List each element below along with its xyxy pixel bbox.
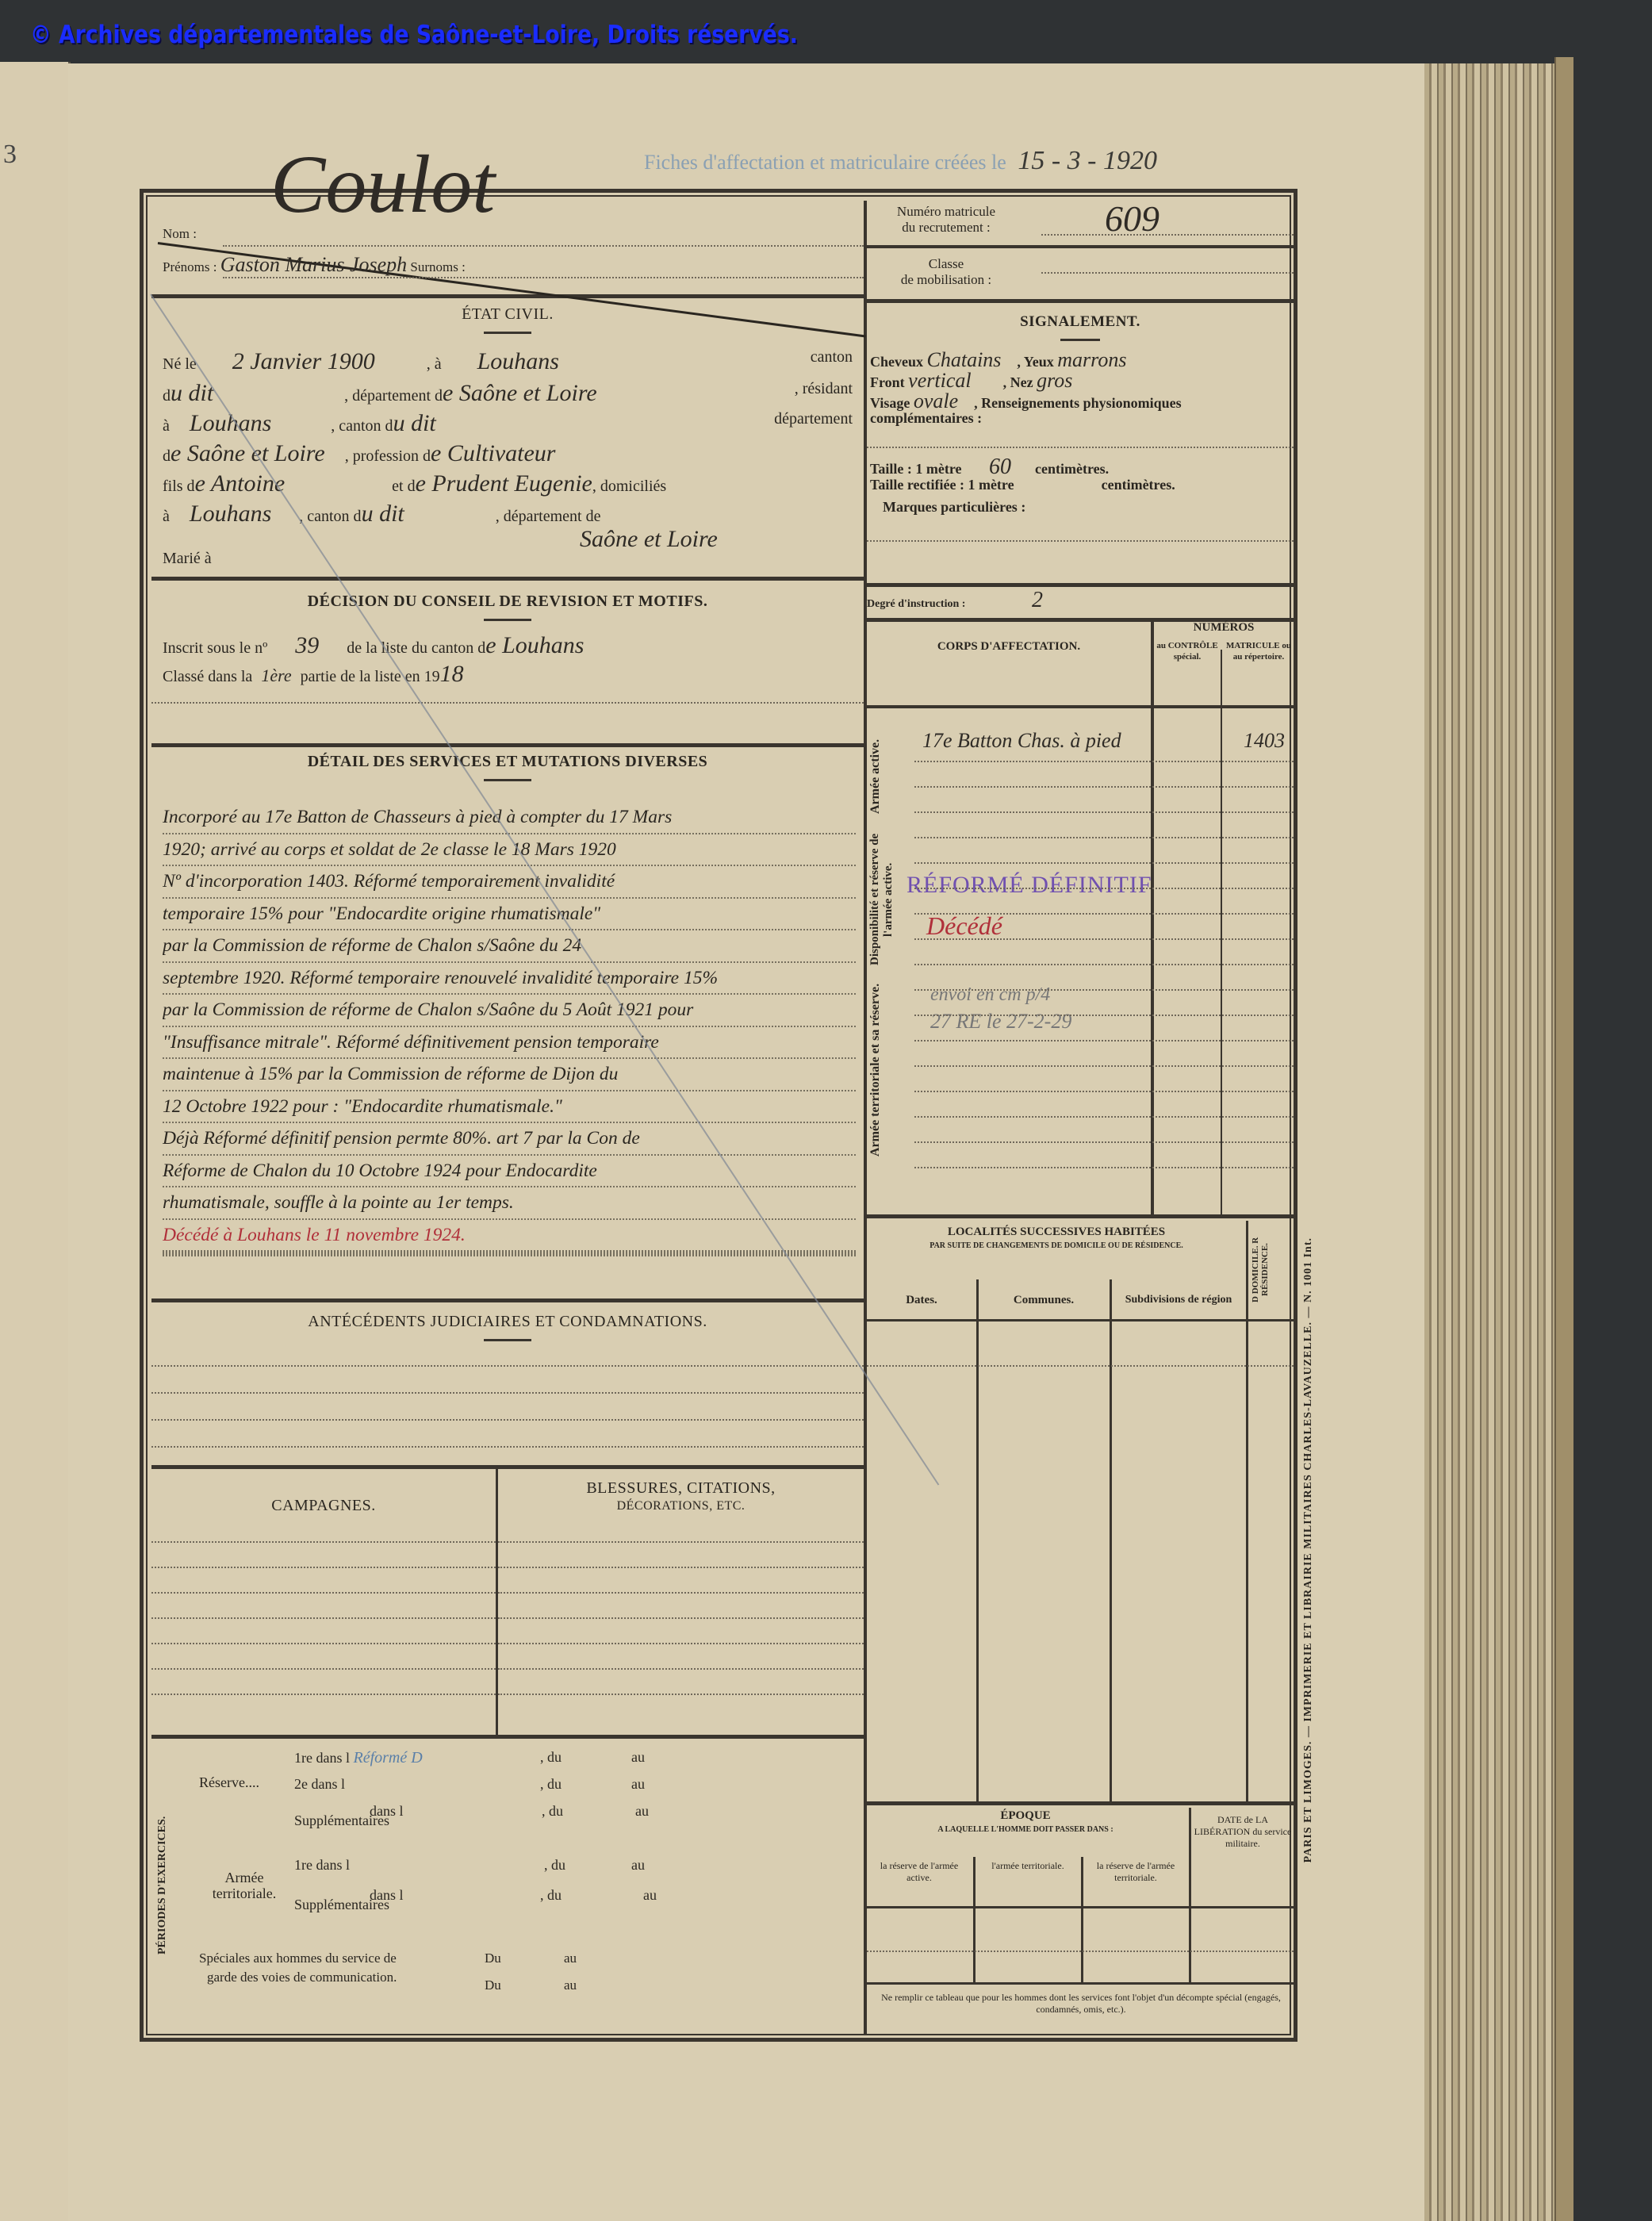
copyright-watermark: © Archives départementales de Saône-et-L… bbox=[30, 21, 798, 49]
prenoms-label: Prénoms : bbox=[163, 259, 217, 274]
birth-departement: e Saône et Loire bbox=[443, 380, 597, 406]
liste-canton-label: de la liste du canton d bbox=[347, 639, 485, 657]
etat-civil-title: ÉTAT CIVIL. bbox=[151, 305, 864, 324]
decision-section: DÉCISION DU CONSEIL DE REVISION ET MOTIF… bbox=[151, 577, 864, 747]
nez-label: , Nez bbox=[1003, 374, 1033, 390]
birth-date: 2 Janvier 1900 bbox=[232, 348, 375, 374]
matricule-label: Numéro matricule bbox=[875, 204, 1018, 220]
territoriale-entry-2: 27 RE le 27-2-29 bbox=[930, 1010, 1071, 1034]
periodes-vertical-label: PÉRIODES D'EXERCICES. bbox=[156, 1766, 169, 2004]
taille-unit: centimètres. bbox=[1035, 461, 1109, 477]
father-name: e Antoine bbox=[195, 470, 286, 497]
matricule-form: Coulot Nom : Prénoms : Gaston Marius Jos… bbox=[140, 189, 1297, 2042]
campagnes-box: CAMPAGNES. bbox=[151, 1465, 498, 1735]
cheveux-label: Cheveux bbox=[870, 354, 923, 370]
front-label: Front bbox=[870, 374, 905, 390]
services-text: Incorporé au 17e Batton de Chasseurs à p… bbox=[163, 802, 856, 1256]
instruction-label: Degré d'instruction : bbox=[867, 598, 965, 610]
residence-a-label: à bbox=[163, 417, 170, 435]
form-right-column: Numéro matriculedu recrutement : 609 Cla… bbox=[867, 201, 1294, 2035]
services-section: DÉTAIL DES SERVICES ET MUTATIONS DIVERSE… bbox=[151, 743, 864, 1302]
controle-col-header: au CONTRÔLE spécial. bbox=[1156, 640, 1219, 662]
services-title: DÉTAIL DES SERVICES ET MUTATIONS DIVERSE… bbox=[151, 753, 864, 771]
service-line: 12 Octobre 1922 pour : "Endocardite rhum… bbox=[163, 1091, 856, 1124]
du-label: Du bbox=[485, 1951, 501, 1966]
dans-label: dans l bbox=[370, 1887, 404, 1904]
decision-title: DÉCISION DU CONSEIL DE REVISION ET MOTIF… bbox=[151, 593, 864, 611]
parents-place: Louhans bbox=[190, 501, 271, 527]
communes-col-header: Communes. bbox=[978, 1294, 1110, 1307]
residence-canton-label: , canton d bbox=[331, 417, 393, 435]
speciales-label-1: Spéciales aux hommes du service de bbox=[199, 1951, 397, 1966]
left-page-note: 3 bbox=[3, 140, 17, 170]
departement-label: , département d bbox=[344, 387, 443, 405]
renseignements-label: , Renseignements physionomiques bbox=[974, 395, 1182, 411]
inscrit-number: 39 bbox=[295, 632, 319, 658]
creation-stamp: Fiches d'affectation et matriculaire cré… bbox=[644, 146, 1157, 176]
au-label: au bbox=[564, 1951, 577, 1966]
death-line: Décédé à Louhans le 11 novembre 1924. bbox=[163, 1220, 856, 1252]
du-label: , du bbox=[544, 1857, 565, 1874]
creation-stamp-label: Fiches d'affectation et matriculaire cré… bbox=[644, 151, 1006, 174]
service-line: Déjà Réformé définitif pension permte 80… bbox=[163, 1123, 856, 1156]
date-liberation-header: DATE de LA LIBÉRATION du service militai… bbox=[1192, 1814, 1294, 1850]
marie-label: Marié à bbox=[163, 550, 212, 567]
service-line: maintenue à 15% par la Commission de réf… bbox=[163, 1059, 856, 1091]
territoriale-1re-label: 1re dans l bbox=[294, 1857, 350, 1873]
residence-departement-label: département bbox=[774, 410, 853, 428]
blessures-title: BLESSURES, CITATIONS, bbox=[498, 1479, 864, 1498]
front-value: vertical bbox=[908, 369, 971, 392]
au-label: au bbox=[643, 1887, 657, 1904]
periodes-section: PÉRIODES D'EXERCICES. Réserve.... 1re da… bbox=[151, 1735, 864, 2035]
corps-affectation-section: CORPS D'AFFECTATION. NUMÉROS au CONTRÔLE… bbox=[867, 618, 1294, 1218]
partie-value: 1ère bbox=[261, 666, 291, 685]
surnoms-label: Surnoms : bbox=[410, 259, 465, 274]
complementaires-label: complémentaires : bbox=[870, 410, 982, 426]
birth-canton: u dit bbox=[171, 380, 213, 406]
cheveux-value: Chatains bbox=[927, 348, 1002, 371]
instruction-value: 2 bbox=[1032, 588, 1043, 612]
residant-label: , résidant bbox=[795, 380, 853, 398]
parents-departement: Saône et Loire bbox=[580, 526, 718, 552]
parents-canton: u dit bbox=[362, 501, 404, 527]
parents-a-label: à bbox=[163, 508, 170, 525]
surname-handwritten: Coulot bbox=[270, 137, 495, 232]
service-line: "Insuffisance mitrale". Réformé définiti… bbox=[163, 1027, 856, 1060]
creation-stamp-date: 15 - 3 - 1920 bbox=[1018, 146, 1157, 175]
epoque-note: Ne remplir ce tableau que pour les homme… bbox=[875, 1992, 1287, 2016]
armee-active-label: Armée active. bbox=[868, 729, 900, 824]
localites-subtitle: PAR SUITE DE CHANGEMENTS DE DOMICILE OU … bbox=[867, 1241, 1246, 1250]
taille-rectifiee-label: Taille rectifiée : 1 mètre bbox=[870, 477, 1014, 493]
matricule-col-header: MATRICULE ou au répertoire. bbox=[1224, 640, 1294, 662]
nez-value: gros bbox=[1037, 369, 1072, 392]
book-cover-edge bbox=[1554, 57, 1573, 2221]
territoriale-label: Armée territoriale et sa réserve. bbox=[868, 983, 900, 1157]
partie-label: partie de la liste en 19 bbox=[301, 668, 440, 685]
dans-label: dans l bbox=[370, 1803, 404, 1820]
matricule-label-2: du recrutement : bbox=[875, 220, 1018, 236]
dates-col-header: Dates. bbox=[867, 1294, 976, 1307]
classe-label: Classe bbox=[875, 256, 1018, 272]
du-label: , du bbox=[540, 1776, 562, 1793]
blessures-subtitle: DÉCORATIONS, ETC. bbox=[498, 1499, 864, 1513]
signalement-section: SIGNALEMENT. Cheveux Chatains, Yeux marr… bbox=[867, 299, 1294, 587]
page-stack-edges bbox=[1424, 63, 1567, 2221]
inscrit-label: Inscrit sous le nº bbox=[163, 639, 267, 657]
residence-dept-prefix: d bbox=[163, 447, 171, 465]
territoriale-entry-1: envoi en cm p/4 bbox=[930, 984, 1050, 1006]
et-de-label: et d bbox=[392, 478, 415, 495]
epoque-col-reserve-territoriale: la réserve de l'armée territoriale. bbox=[1084, 1860, 1187, 1884]
corps-title: CORPS D'AFFECTATION. bbox=[867, 640, 1151, 654]
marques-label: Marques particulières : bbox=[883, 499, 1025, 515]
au-label: au bbox=[631, 1749, 645, 1766]
matricule-box: Numéro matriculedu recrutement : 609 bbox=[867, 201, 1294, 248]
epoque-col-territoriale: l'armée territoriale. bbox=[976, 1860, 1079, 1872]
signalement-title: SIGNALEMENT. bbox=[867, 313, 1294, 331]
reserve-1re-value: Réformé D bbox=[353, 1749, 422, 1766]
etat-civil-section: ÉTAT CIVIL. Né le 2 Janvier 1900 , à Lou… bbox=[151, 294, 864, 581]
epoque-subtitle: A LAQUELLE L'HOMME DOIT PASSER DANS : bbox=[867, 1825, 1184, 1834]
subdivisions-col-header: Subdivisions de région bbox=[1111, 1294, 1246, 1306]
domicile-residence-header: D DOMICILE. R RÉSIDENCE. bbox=[1251, 1230, 1290, 1310]
disponibilite-label: Disponibilité et réserve de l'armée acti… bbox=[868, 832, 900, 967]
au-label: au bbox=[635, 1803, 649, 1820]
profession-label: , profession d bbox=[345, 447, 431, 465]
au-label: au bbox=[631, 1776, 645, 1793]
du-label: Du bbox=[485, 1977, 501, 1993]
reforme-definitif-stamp: RÉFORMÉ DÉFINITIF bbox=[906, 872, 1152, 899]
nom-label: Nom : bbox=[163, 226, 197, 241]
service-line: par la Commission de réforme de Chalon s… bbox=[163, 930, 856, 963]
visage-value: ovale bbox=[914, 389, 958, 412]
service-line: Réforme de Chalon du 10 Octobre 1924 pou… bbox=[163, 1156, 856, 1188]
birth-a-label: , à bbox=[427, 355, 442, 373]
service-line: Incorporé au 17e Batton de Chasseurs à p… bbox=[163, 802, 856, 834]
domicilies-label: , domiciliés bbox=[592, 478, 666, 495]
epoque-section: ÉPOQUE A LAQUELLE L'HOMME DOIT PASSER DA… bbox=[867, 1801, 1294, 2035]
fils-de-label: fils d bbox=[163, 478, 195, 495]
service-line: Nº d'incorporation 1403. Réformé tempora… bbox=[163, 866, 856, 899]
printer-imprint: PARIS ET LIMOGES. — IMPRIMERIE ET LIBRAI… bbox=[1302, 1237, 1315, 1862]
localites-title: LOCALITÉS SUCCESSIVES HABITÉES bbox=[867, 1226, 1246, 1239]
yeux-label: , Yeux bbox=[1017, 354, 1053, 370]
numeros-title: NUMÉROS bbox=[1154, 621, 1294, 635]
canton-prefix: d bbox=[163, 387, 171, 405]
epoque-title: ÉPOQUE bbox=[867, 1809, 1184, 1823]
form-left-column: Coulot Nom : Prénoms : Gaston Marius Jos… bbox=[151, 201, 867, 2035]
du-label: , du bbox=[542, 1803, 563, 1820]
antecedents-title: ANTÉCÉDENTS JUDICIAIRES ET CONDAMNATIONS… bbox=[151, 1313, 864, 1331]
taille-value: 60 bbox=[989, 455, 1011, 479]
armee-active-entry: 17e Batton Chas. à pied bbox=[922, 729, 1121, 753]
yeux-value: marrons bbox=[1057, 348, 1126, 371]
antecedents-section: ANTÉCÉDENTS JUDICIAIRES ET CONDAMNATIONS… bbox=[151, 1298, 864, 1469]
taille-rectifiee-unit: centimètres. bbox=[1102, 477, 1175, 493]
parents-departement-label: , département de bbox=[496, 508, 601, 525]
canton-label: canton bbox=[811, 348, 853, 366]
service-line: temporaire 15% pour "Endocardite origine… bbox=[163, 899, 856, 931]
localites-section: LOCALITÉS SUCCESSIVES HABITÉES PAR SUITE… bbox=[867, 1214, 1294, 1805]
speciales-label-2: garde des voies de communication. bbox=[207, 1970, 397, 1985]
prenoms-value: Gaston Marius Joseph bbox=[220, 253, 407, 276]
residence-departement: e Saône et Loire bbox=[171, 440, 325, 466]
mother-name: e Prudent Eugenie bbox=[416, 470, 592, 497]
classe-label-2: de mobilisation : bbox=[875, 272, 1018, 288]
taille-label: Taille : 1 mètre bbox=[870, 461, 961, 477]
du-label: , du bbox=[540, 1749, 562, 1766]
visage-label: Visage bbox=[870, 395, 910, 411]
left-page-edge: 3 bbox=[0, 62, 71, 2221]
au-label: au bbox=[564, 1977, 577, 1993]
instruction-row: Degré d'instruction : 2 bbox=[867, 583, 1294, 622]
au-label: au bbox=[631, 1857, 645, 1874]
du-label: , du bbox=[540, 1887, 562, 1904]
parents-canton-label: , canton d bbox=[299, 508, 361, 525]
identity-section: Coulot Nom : Prénoms : Gaston Marius Jos… bbox=[151, 201, 864, 298]
reserve-1re-label: 1re dans l bbox=[294, 1750, 350, 1766]
profession-value: e Cultivateur bbox=[431, 440, 555, 466]
service-line: par la Commission de réforme de Chalon s… bbox=[163, 995, 856, 1027]
classe-box: Classede mobilisation : bbox=[867, 248, 1294, 303]
decede-entry: Décédé bbox=[926, 911, 1002, 941]
blessures-box: BLESSURES, CITATIONS, DÉCORATIONS, ETC. bbox=[498, 1465, 864, 1735]
reserve-2e-label: 2e dans l bbox=[294, 1776, 345, 1792]
epoque-col-reserve-active: la réserve de l'armée active. bbox=[867, 1860, 972, 1884]
territoriale-label: Armée territoriale. bbox=[213, 1870, 276, 1901]
residence-canton: u dit bbox=[393, 410, 436, 436]
service-line: 1920; arrivé au corps et soldat de 2e cl… bbox=[163, 834, 856, 867]
service-line: septembre 1920. Réformé temporaire renou… bbox=[163, 963, 856, 995]
campagnes-blessures-section: CAMPAGNES. BLESSURES, CITATIONS, DÉCORAT… bbox=[151, 1465, 864, 1739]
classe-dans-label: Classé dans la bbox=[163, 668, 252, 685]
campagnes-title: CAMPAGNES. bbox=[151, 1497, 496, 1515]
reserve-label: Réserve.... bbox=[199, 1774, 259, 1790]
decision-canton: e Louhans bbox=[485, 632, 584, 658]
armee-active-matricule: 1403 bbox=[1244, 729, 1285, 753]
birth-place: Louhans bbox=[477, 348, 559, 374]
classe-year: 18 bbox=[440, 661, 464, 687]
